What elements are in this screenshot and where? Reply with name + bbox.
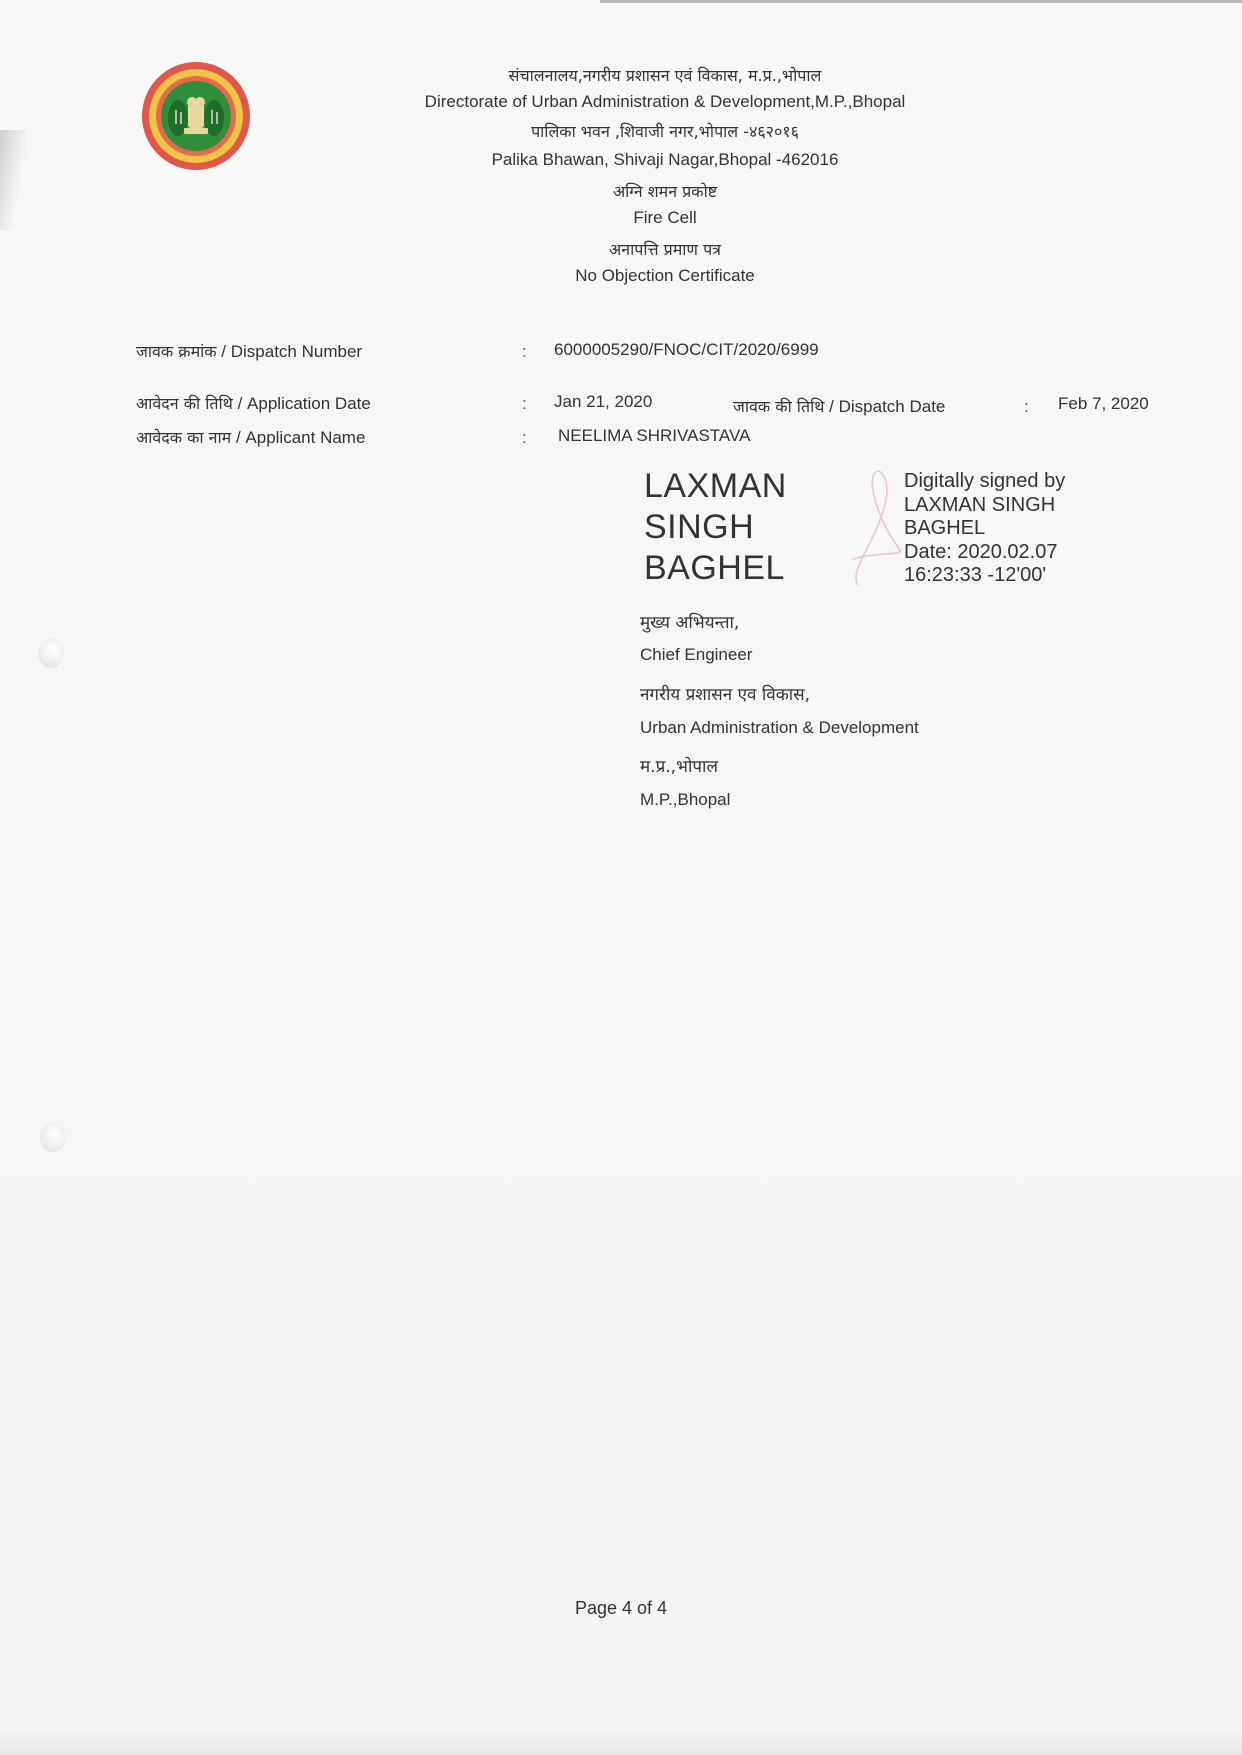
org-name-hindi: संचालनालय,नगरीय प्रशासन एवं विकास, म.प्र… [330,64,1000,86]
document-title-hindi: अनापत्ति प्रमाण पत्र [330,238,1000,260]
dispatch-number-label: जावक क्रमांक / Dispatch Number [136,340,362,362]
designation-english: Chief Engineer [640,645,752,665]
document-title-english: No Objection Certificate [330,266,1000,286]
madhya-pradesh-emblem-icon [140,60,252,172]
scan-edge-line [600,0,1242,3]
separator: : [522,342,527,362]
dispatch-date-value: Feb 7, 2020 [1058,394,1149,414]
department-english: Urban Administration & Development [640,718,919,738]
applicant-name-label: आवेदक का नाम / Applicant Name [136,426,365,448]
location-english: M.P.,Bhopal [640,790,730,810]
scan-bottom-edge [0,1729,1242,1755]
separator: : [522,428,527,448]
digital-signature-details: Digitally signed by LAXMAN SINGH BAGHEL … [904,470,1065,588]
address-english: Palika Bhawan, Shivaji Nagar,Bhopal -462… [330,150,1000,170]
scan-corner-shadow [0,130,26,230]
application-date-value: Jan 21, 2020 [554,392,652,412]
signer-name: LAXMAN SINGH BAGHEL [644,466,787,589]
address-hindi: पालिका भवन ,शिवाजी नगर,भोपाल -४६२०१६ [330,120,1000,142]
applicant-name-value: NEELIMA SHRIVASTAVA [558,426,750,446]
location-hindi: म.प्र.,भोपाल [640,754,718,777]
separator: : [522,394,527,414]
document-page: संचालनालय,नगरीय प्रशासन एवं विकास, म.प्र… [0,0,1242,1755]
designation-hindi: मुख्य अभियन्ता, [640,610,739,633]
department-hindi: नगरीय प्रशासन एव विकास, [640,682,810,705]
dispatch-date-label: जावक की तिथि / Dispatch Date [733,395,945,417]
punch-hole [38,638,64,668]
application-date-label: आवेदन की तिथि / Application Date [136,392,371,414]
cell-name-hindi: अग्नि शमन प्रकोष्ट [330,180,1000,202]
adobe-signature-mark-icon [838,460,908,590]
punch-hole [40,1122,66,1152]
page-number: Page 4 of 4 [0,1598,1242,1619]
dispatch-number-value: 6000005290/FNOC/CIT/2020/6999 [554,340,819,360]
cell-name-english: Fire Cell [330,208,1000,228]
org-name-english: Directorate of Urban Administration & De… [330,92,1000,112]
separator: : [1024,397,1029,417]
